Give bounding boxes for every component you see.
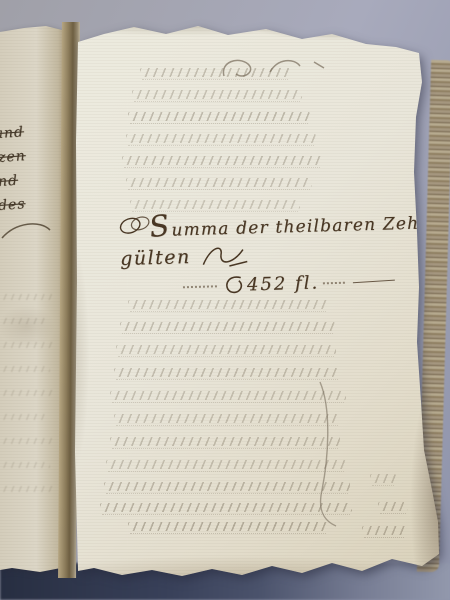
bleedthrough-line	[0, 342, 53, 348]
bleedthrough-line	[128, 300, 328, 309]
manuscript-left-page: Jand nzen und ndes	[0, 26, 66, 572]
bleedthrough-line	[114, 368, 340, 377]
bleedthrough-line	[0, 318, 48, 324]
entry-line-2-text: gülten	[120, 246, 191, 270]
entry-line-1: Summa der theilbaren Zehenden	[119, 203, 442, 242]
bleedthrough-line	[110, 437, 340, 446]
struck-word-fragment: Jand	[0, 121, 66, 142]
bleedthrough-line	[0, 294, 52, 300]
bleedthrough-line	[126, 134, 316, 143]
bleedthrough-line	[370, 474, 396, 483]
ink-flourish	[119, 212, 150, 237]
bleedthrough-line	[0, 414, 48, 420]
bleedthrough-line	[0, 486, 53, 492]
struck-word-fragment: ndes	[0, 193, 66, 214]
bleedthrough-line	[0, 438, 52, 444]
bleedthrough-line	[130, 200, 300, 209]
entry-amount: 452	[247, 273, 288, 295]
ink-flourish	[221, 273, 248, 296]
entry-capital: S	[148, 216, 171, 237]
bleedthrough-line	[362, 526, 406, 535]
bleedthrough-line	[126, 178, 312, 187]
left-page-wrap: Jand nzen und ndes	[0, 26, 66, 572]
entry-dash	[353, 279, 395, 284]
ink-flourish	[198, 241, 255, 271]
bleedthrough-line	[114, 414, 340, 423]
bleedthrough-line	[0, 462, 50, 468]
dotted-leader	[323, 280, 345, 284]
right-page-wrap: Summa der theilbaren Zehenden gülten 452…	[70, 22, 442, 580]
entry-currency: fl.	[295, 272, 320, 294]
manuscript-right-page: Summa der theilbaren Zehenden gülten 452…	[70, 22, 442, 580]
bracket-flourish	[308, 380, 348, 530]
bleedthrough-line	[116, 345, 336, 354]
bleedthrough-line	[122, 156, 322, 165]
ink-flourish	[0, 218, 54, 244]
struck-word-fragment: und	[0, 169, 66, 190]
bleedthrough-line	[128, 112, 310, 121]
dotted-leader	[183, 284, 217, 288]
bleedthrough-line	[128, 522, 328, 531]
entry-amount-line: 452 fl.	[179, 267, 442, 297]
bleedthrough-line	[140, 68, 290, 77]
bleedthrough-line	[378, 502, 408, 511]
bleedthrough-line	[120, 322, 335, 331]
bleedthrough-line	[132, 90, 302, 99]
bleedthrough-line	[0, 390, 54, 396]
handwritten-entry: Summa der theilbaren Zehenden gülten 452…	[119, 203, 442, 299]
bleedthrough-line	[0, 366, 50, 372]
manuscript-photo: Jand nzen und ndes	[0, 0, 450, 600]
struck-word-fragment: nzen	[0, 145, 66, 166]
